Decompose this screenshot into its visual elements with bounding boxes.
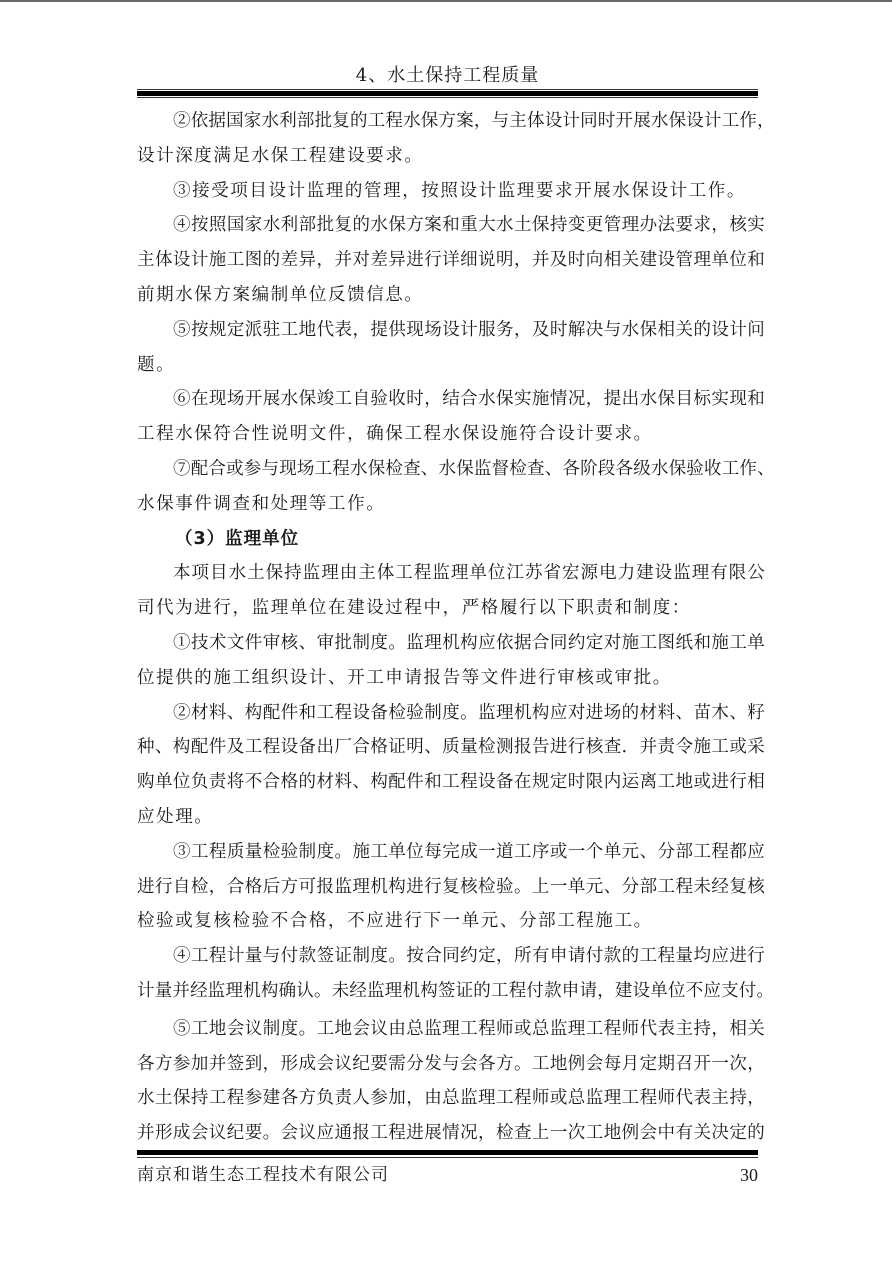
paragraph-first-line: ④工程计量与付款签证制度。按合同约定，所有申请付款的工程量均应进行 bbox=[137, 939, 765, 974]
paragraph-line: 购单位负责将不合格的材料、构配件和工程设备在规定时限内运离工地或进行相 bbox=[137, 765, 765, 800]
paragraph-line: 位提供的施工组织设计、开工申请报告等文件进行审核或审批。 bbox=[137, 661, 765, 696]
paragraph-line: 题。 bbox=[137, 348, 765, 383]
paragraph-first-line: ⑥在现场开展水保竣工自验收时，结合水保实施情况，提出水保目标实现和 bbox=[137, 382, 765, 417]
paragraph-line: 主体设计施工图的差异，并对差异进行详细说明，并及时向相关建设管理单位和 bbox=[137, 243, 765, 278]
header-rule bbox=[137, 89, 758, 98]
paragraph-line: 并形成会议纪要。会议应通报工程进展情况，检查上一次工地例会中有关决定的 bbox=[137, 1116, 765, 1151]
paragraph-line: 水保事件调查和处理等工作。 bbox=[137, 487, 765, 522]
body-text: ②依据国家水利部批复的工程水保方案，与主体设计同时开展水保设计工作，设计深度满足… bbox=[137, 104, 765, 1151]
paragraph-first-line: ⑤按规定派驻工地代表，提供现场设计服务，及时解决与水保相关的设计问 bbox=[137, 313, 765, 348]
paragraph-line: 计量并经监理机构确认。未经监理机构签证的工程付款申请，建设单位不应支付。 bbox=[137, 974, 765, 1009]
paragraph-first-line: ⑤工地会议制度。工地会议由总监理工程师或总监理工程师代表主持，相关 bbox=[137, 1012, 765, 1047]
paragraph-first-line: ②材料、构配件和工程设备检验制度。监理机构应对进场的材料、苗木、籽 bbox=[137, 696, 765, 731]
paragraph-line: 各方参加并签到，形成会议纪要需分发与会各方。工地例会每月定期召开一次， bbox=[137, 1047, 765, 1082]
paragraph-line: 种、构配件及工程设备出厂合格证明、质量检测报告进行核查．并责令施工或采 bbox=[137, 730, 765, 765]
page-top-edge bbox=[0, 0, 892, 2]
paragraph-first-line: ⑦配合或参与现场工程水保检查、水保监督检查、各阶段各级水保验收工作、 bbox=[137, 452, 765, 487]
paragraph-first-line: ③工程质量检验制度。施工单位每完成一道工序或一个单元、分部工程都应 bbox=[137, 835, 765, 870]
section-heading: （3）监理单位 bbox=[137, 522, 765, 557]
running-header-title: 4、水土保持工程质量 bbox=[137, 64, 758, 88]
paragraph-line: 检验或复核检验不合格，不应进行下一单元、分部工程施工。 bbox=[137, 904, 765, 939]
paragraph-first-line: 本项目水土保持监理由主体工程监理单位江苏省宏源电力建设监理有限公 bbox=[137, 556, 765, 591]
paragraph-first-line: ①技术文件审核、审批制度。监理机构应依据合同约定对施工图纸和施工单 bbox=[137, 626, 765, 661]
paragraph-first-line: ②依据国家水利部批复的工程水保方案，与主体设计同时开展水保设计工作， bbox=[137, 104, 765, 139]
paragraph-line: 应处理。 bbox=[137, 800, 765, 835]
paragraph-first-line: ③接受项目设计监理的管理，按照设计监理要求开展水保设计工作。 bbox=[137, 174, 765, 209]
paragraph-line: 司代为进行，监理单位在建设过程中，严格履行以下职责和制度： bbox=[137, 591, 765, 626]
paragraph-line: 进行自检，合格后方可报监理机构进行复核检验。上一单元、分部工程未经复核 bbox=[137, 870, 765, 905]
footer-rule bbox=[137, 1150, 758, 1158]
page-number: 30 bbox=[740, 1162, 758, 1188]
paragraph-line: 水土保持工程参建各方负责人参加，由总监理工程师或总监理工程师代表主持， bbox=[137, 1081, 765, 1116]
running-footer: 南京和谐生态工程技术有限公司 30 bbox=[137, 1162, 758, 1188]
paragraph-line: 设计深度满足水保工程建设要求。 bbox=[137, 139, 765, 174]
paragraph-line: 前期水保方案编制单位反馈信息。 bbox=[137, 278, 765, 313]
footer-company-name: 南京和谐生态工程技术有限公司 bbox=[137, 1162, 389, 1188]
paragraph-line: 工程水保符合性说明文件，确保工程水保设施符合设计要求。 bbox=[137, 417, 765, 452]
paragraph-first-line: ④按照国家水利部批复的水保方案和重大水土保持变更管理办法要求，核实 bbox=[137, 208, 765, 243]
